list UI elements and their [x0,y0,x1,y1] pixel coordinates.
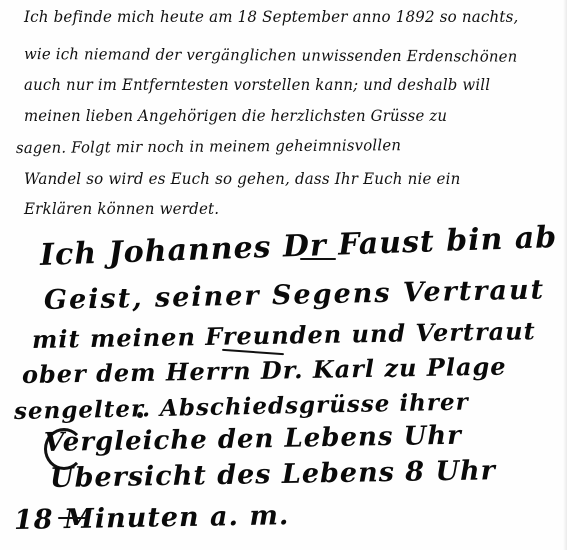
letter-line-3: auch nur im Entferntesten vorstellen kan… [24,76,490,94]
letter-line-2: wie ich niemand der vergänglichen unwiss… [24,45,518,66]
note-line-4: ober dem Herrn Dr. Karl zu Plage [22,352,507,389]
note-line-6: Vergleiche den Lebens Uhr [44,421,462,458]
scan-edge-shade [563,0,567,550]
note-line-2: Geist, seiner Segens Vertraut [44,275,546,316]
period-dot [137,412,143,418]
note-line-5: sengelter. Abschiedsgrüsse ihrer [14,388,469,425]
letter-line-1: Ich befinde mich heute am 18 September a… [24,8,519,26]
letter-line-7: Erklären können werdet. [24,200,219,218]
underline-stroke-2 [58,517,86,519]
overline-stroke [300,258,336,260]
note-line-7: Ubersicht des Lebens 8 Uhr [50,455,496,494]
letter-line-4: meinen lieben Angehörigen die herzlichst… [24,107,447,125]
note-line-1: Ich Johannes Dr Faust bin ab [39,220,557,273]
note-line-8: 18 Minuten a. m. [14,500,290,536]
document-page: Ich befinde mich heute am 18 September a… [0,0,567,550]
letter-line-6: Wandel so wird es Euch so gehen, dass Ih… [24,170,461,188]
note-line-3: mit meinen Freunden und Vertraut [32,316,536,354]
letter-line-5: sagen. Folgt mir noch in meinem geheimni… [16,136,401,157]
